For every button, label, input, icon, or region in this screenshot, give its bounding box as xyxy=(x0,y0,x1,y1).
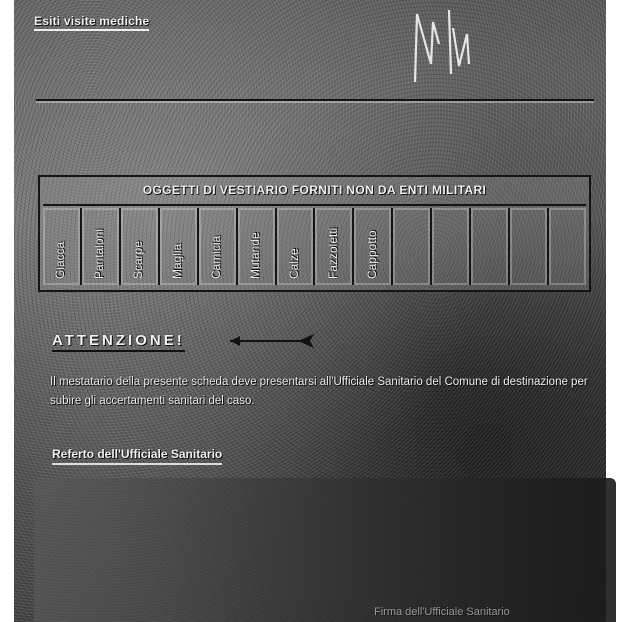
attention-heading: ATTENZIONE! xyxy=(52,332,185,352)
clothing-column-label: Giacca xyxy=(53,242,67,279)
clothing-column: Scarpe xyxy=(121,208,160,285)
clothing-table-title: OGGETTI DI VESTIARIO FORNITI NON DA ENTI… xyxy=(40,179,589,201)
signature-label: Firma dell'Ufficiale Sanitario xyxy=(374,606,510,618)
clothing-column: Maglia xyxy=(160,208,199,285)
clothing-column xyxy=(549,208,586,285)
clothing-column xyxy=(432,208,471,285)
clothing-columns: GiaccaPantaloniScarpeMagliaCamiciaMutand… xyxy=(43,204,586,287)
clothing-column xyxy=(510,208,549,285)
clothing-column-label: Maglia xyxy=(170,244,184,279)
clothing-column xyxy=(393,208,432,285)
clothing-column-label: Camicia xyxy=(209,236,223,279)
clothing-items-table: OGGETTI DI VESTIARIO FORNITI NON DA ENTI… xyxy=(38,175,591,292)
clothing-column-label: Fazzoletti xyxy=(326,228,340,279)
scanned-form: Esiti visite mediche OGGETTI DI VESTIARI… xyxy=(14,0,606,622)
clothing-column: Giacca xyxy=(43,208,82,285)
clothing-column: Camicia xyxy=(199,208,238,285)
clothing-column: Calze xyxy=(277,208,316,285)
clothing-column: Fazzoletti xyxy=(315,208,354,285)
health-officer-report-label: Referto dell'Ufficiale Sanitario xyxy=(52,447,222,465)
clothing-column: Mutande xyxy=(238,208,277,285)
report-field xyxy=(34,478,616,622)
clothing-column: Cappotto xyxy=(354,208,393,285)
clothing-column xyxy=(471,208,510,285)
attention-notice: Il mestatario della presente scheda deve… xyxy=(50,373,598,411)
medical-visits-label: Esiti visite mediche xyxy=(34,14,149,31)
arrow-left-icon xyxy=(226,333,316,349)
clothing-column-label: Calze xyxy=(287,248,301,279)
clothing-column-label: Mutande xyxy=(248,232,262,279)
clothing-column: Pantaloni xyxy=(82,208,121,285)
handwritten-signature-icon xyxy=(409,4,489,86)
clothing-column-label: Cappotto xyxy=(365,230,379,279)
clothing-column-label: Scarpe xyxy=(131,241,145,279)
divider-line xyxy=(36,99,594,101)
clothing-column-label: Pantaloni xyxy=(92,229,106,279)
